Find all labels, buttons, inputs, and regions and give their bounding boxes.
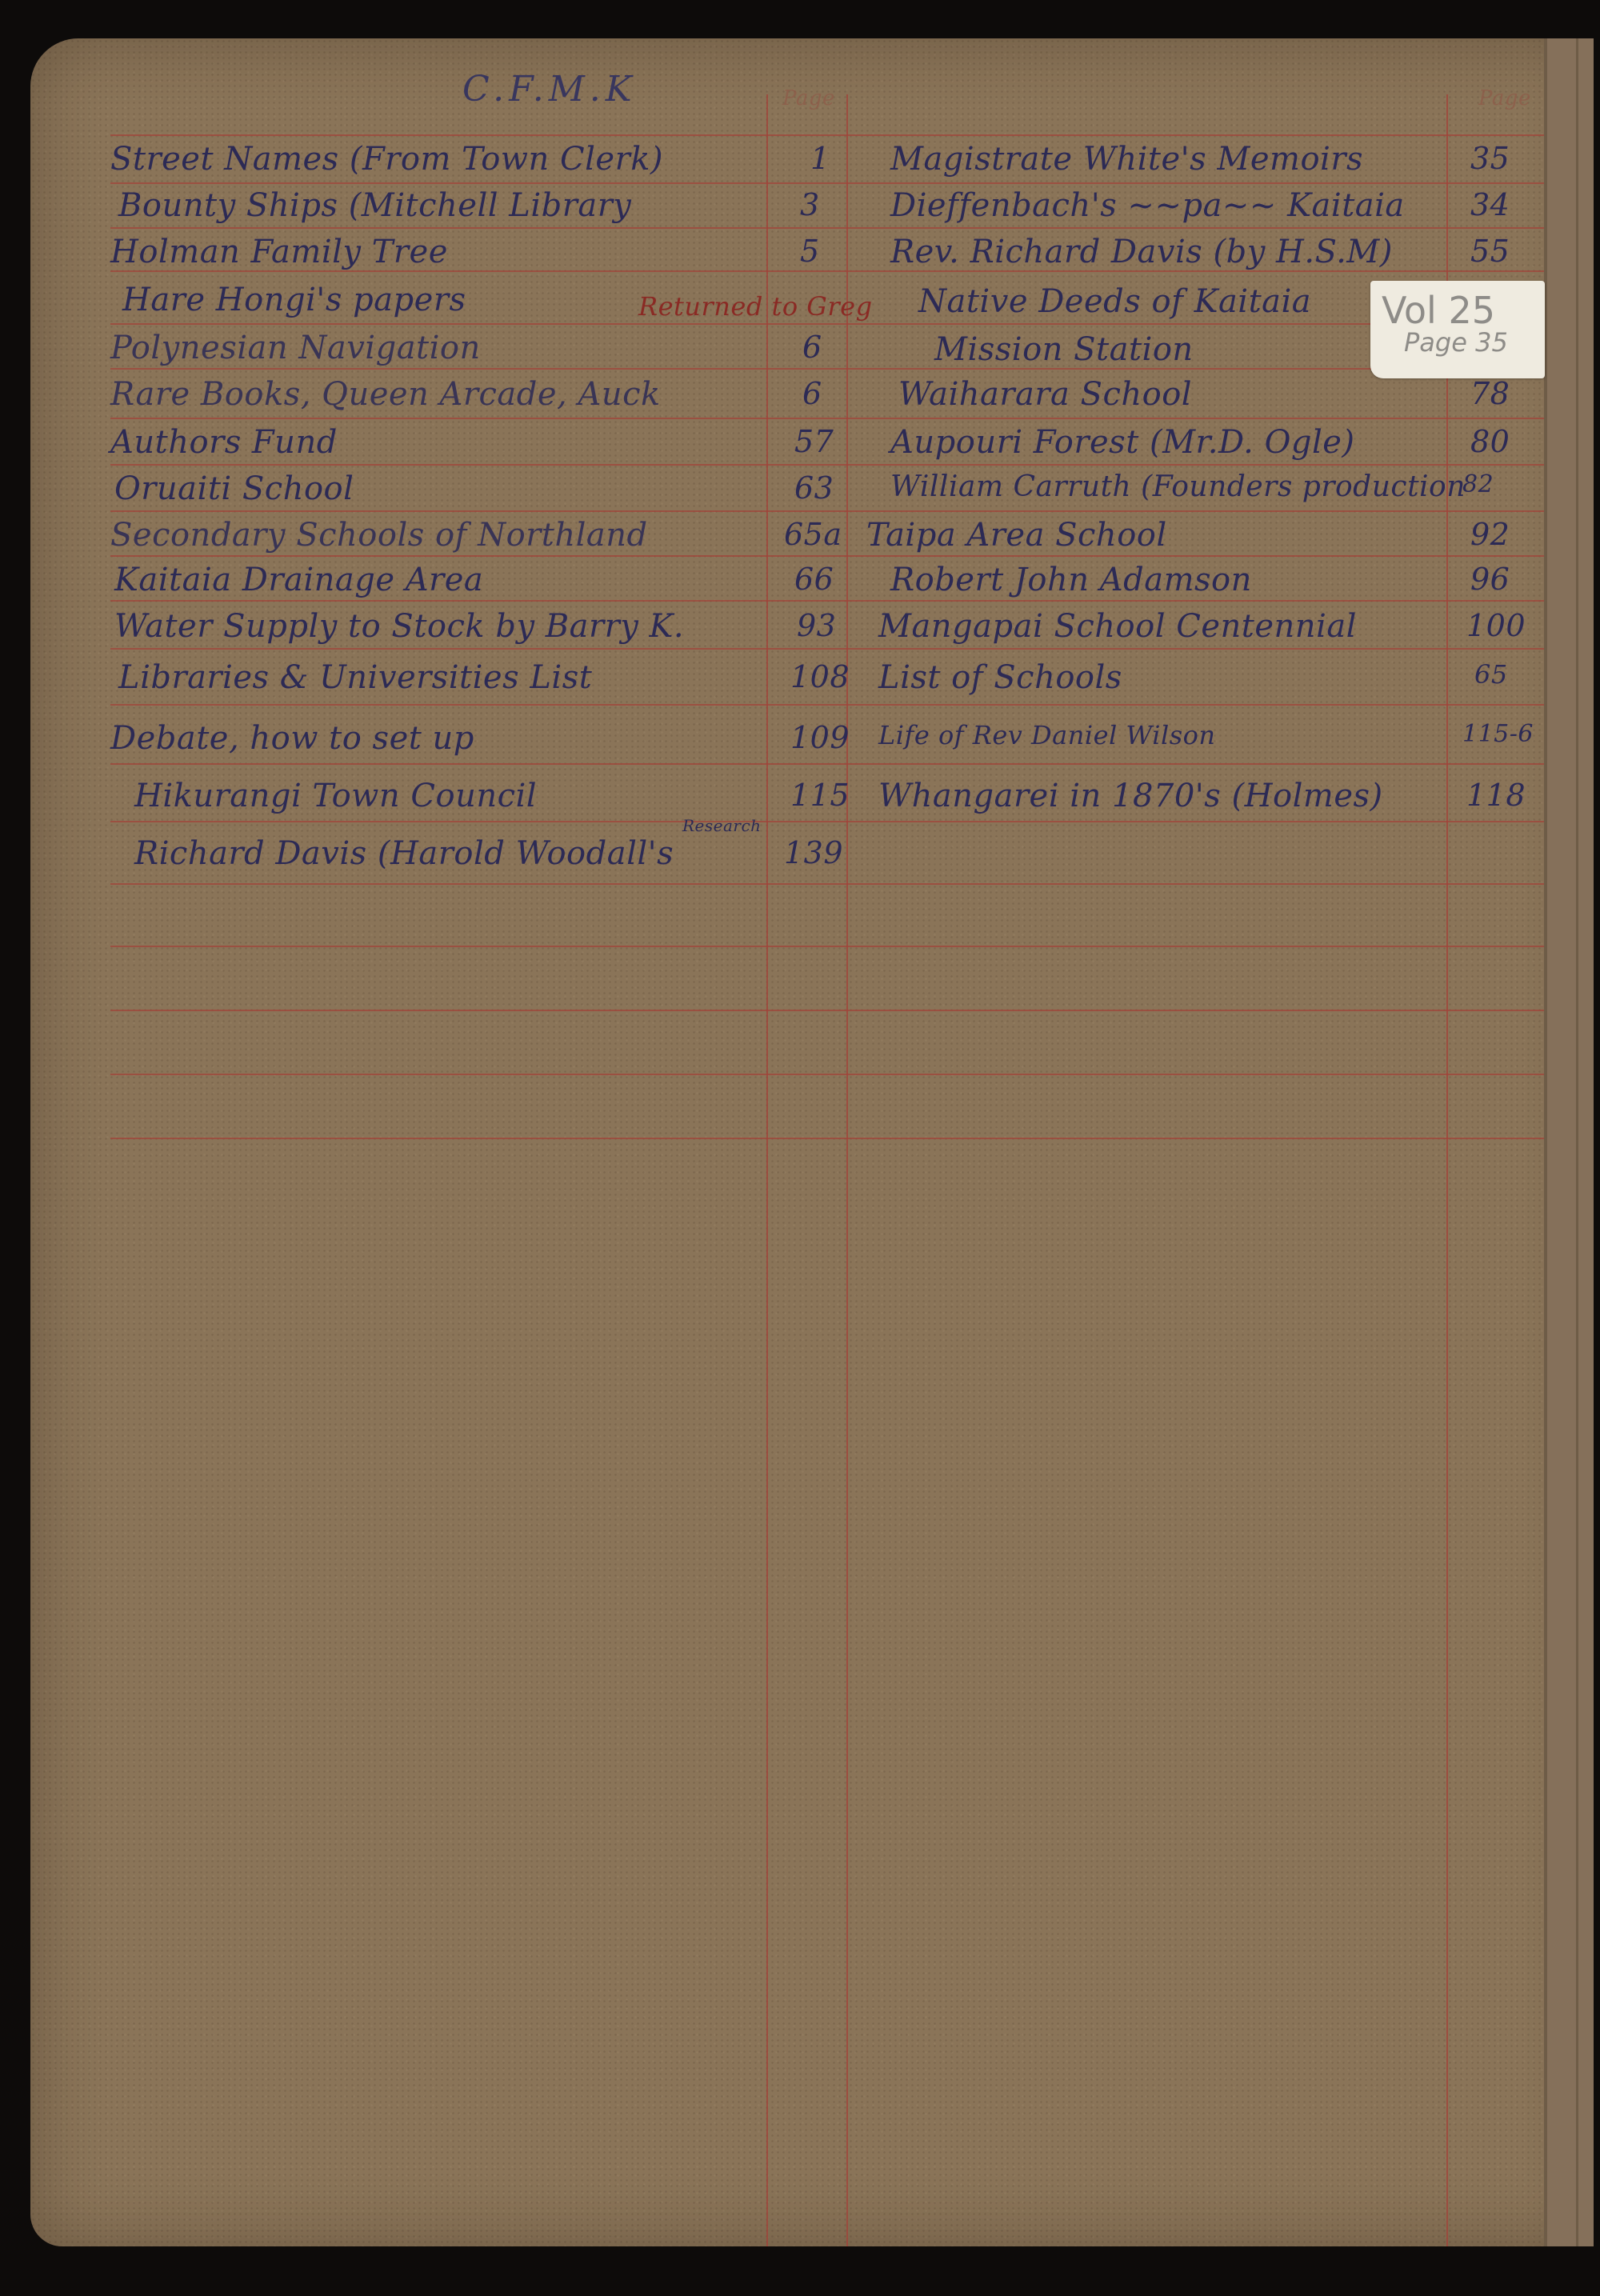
left-page-column-label: Page bbox=[782, 86, 835, 110]
left-entry-page: 6 bbox=[802, 330, 822, 365]
right-entry-title: Mission Station bbox=[934, 331, 1194, 368]
column-rule bbox=[766, 94, 768, 2246]
left-entry-page: 57 bbox=[794, 424, 834, 459]
right-entry-title: Mangapai School Centennial bbox=[878, 608, 1357, 645]
right-entry-page: 92 bbox=[1470, 517, 1510, 552]
ruled-line bbox=[110, 883, 1544, 885]
right-entry-page: 78 bbox=[1470, 376, 1510, 411]
left-entry-page: 63 bbox=[794, 470, 834, 506]
ruled-line bbox=[110, 418, 1544, 419]
ruled-line bbox=[110, 648, 1544, 650]
right-entry-title: Magistrate White's Memoirs bbox=[890, 141, 1363, 178]
left-entry-title: Kaitaia Drainage Area bbox=[114, 562, 483, 598]
right-entry-title: Whangarei in 1870's (Holmes) bbox=[878, 778, 1383, 814]
ruled-line bbox=[110, 1074, 1544, 1075]
left-entry-title: Hikurangi Town Council bbox=[134, 778, 537, 814]
notebook-spine bbox=[1544, 38, 1594, 2246]
ruled-line bbox=[110, 763, 1544, 765]
right-entry-page: 35 bbox=[1470, 141, 1510, 176]
left-entry-title: Bounty Ships (Mitchell Library bbox=[118, 187, 631, 224]
left-entry-page: 5 bbox=[800, 234, 820, 269]
ruled-line bbox=[110, 1010, 1544, 1011]
ruled-line bbox=[110, 270, 1544, 272]
left-entry-page: 65a bbox=[784, 517, 842, 552]
left-entry-title: Richard Davis (Harold Woodall's bbox=[134, 835, 674, 872]
left-entry-page: 93 bbox=[797, 608, 836, 643]
right-entry-page: 100 bbox=[1466, 608, 1526, 643]
right-entry-page: 115-6 bbox=[1462, 720, 1534, 748]
ruled-line bbox=[110, 1138, 1544, 1139]
notebook-page: C.F.M.K Page Page Street Names (From Tow… bbox=[30, 38, 1590, 2246]
label-volume: Vol 25 bbox=[1382, 289, 1495, 332]
ruled-line bbox=[110, 182, 1544, 184]
returned-note: Returned to Greg bbox=[638, 291, 873, 322]
page-title: C.F.M.K bbox=[462, 69, 637, 110]
ruled-line bbox=[110, 323, 1544, 325]
ruled-line bbox=[110, 510, 1544, 512]
left-entry-title: Water Supply to Stock by Barry K. bbox=[114, 608, 684, 645]
right-entry-title: Life of Rev Daniel Wilson bbox=[878, 720, 1216, 750]
right-entry-page: 82 bbox=[1462, 470, 1494, 498]
right-entry-page: 96 bbox=[1470, 562, 1510, 597]
left-entry-page: 108 bbox=[790, 659, 850, 694]
right-entry-title: Dieffenbach's ~~pa~~ Kaitaia bbox=[890, 187, 1405, 224]
research-superscript: Research bbox=[682, 816, 762, 835]
left-entry-title: Holman Family Tree bbox=[110, 234, 448, 270]
left-entry-title: Authors Fund bbox=[110, 424, 338, 461]
left-entry-page: 139 bbox=[784, 835, 843, 870]
ruled-line bbox=[110, 704, 1544, 706]
ruled-line bbox=[110, 555, 1544, 557]
left-entry-title: Secondary Schools of Northland bbox=[110, 517, 648, 554]
ruled-line bbox=[110, 368, 1544, 370]
left-entry-title: Libraries & Universities List bbox=[118, 659, 592, 696]
left-entry-title: Hare Hongi's papers bbox=[122, 282, 466, 318]
right-entry-title: Native Deeds of Kaitaia bbox=[918, 283, 1311, 320]
column-rule bbox=[846, 94, 848, 2246]
left-entry-page: 109 bbox=[790, 720, 850, 755]
right-entry-page: 80 bbox=[1470, 424, 1510, 459]
left-entry-page: 66 bbox=[794, 562, 834, 597]
ruled-line bbox=[110, 946, 1544, 947]
left-entry-title: Oruaiti School bbox=[114, 470, 354, 507]
ruled-line bbox=[110, 600, 1544, 602]
left-entry-title: Polynesian Navigation bbox=[110, 330, 481, 366]
left-entry-page: 1 bbox=[810, 141, 830, 176]
left-entry-title: Debate, how to set up bbox=[110, 720, 474, 757]
right-entry-title: Taipa Area School bbox=[866, 517, 1167, 554]
right-entry-title: Rev. Richard Davis (by H.S.M) bbox=[890, 234, 1393, 270]
right-entry-page: 118 bbox=[1466, 778, 1526, 813]
right-entry-page: 65 bbox=[1474, 659, 1508, 690]
left-entry-page: 3 bbox=[800, 187, 820, 222]
ruled-line bbox=[110, 134, 1544, 136]
right-entry-title: Aupouri Forest (Mr.D. Ogle) bbox=[890, 424, 1355, 461]
left-entry-title: Street Names (From Town Clerk) bbox=[110, 141, 663, 178]
left-entry-page: 115 bbox=[790, 778, 850, 813]
right-entry-page: 55 bbox=[1470, 234, 1510, 269]
column-rule bbox=[1446, 94, 1448, 2246]
left-entry-page: 6 bbox=[802, 376, 822, 411]
right-entry-page: 34 bbox=[1470, 187, 1510, 222]
right-entry-title: Waiharara School bbox=[898, 376, 1192, 413]
right-entry-title: List of Schools bbox=[878, 659, 1122, 696]
ruled-line bbox=[110, 227, 1544, 229]
right-entry-title: Robert John Adamson bbox=[890, 562, 1252, 598]
left-entry-title: Rare Books, Queen Arcade, Auck bbox=[110, 376, 661, 413]
ruled-line bbox=[110, 464, 1544, 466]
right-entry-title: William Carruth (Founders production bbox=[890, 470, 1466, 503]
label-page: Page 35 bbox=[1404, 327, 1508, 358]
right-page-column-label: Page bbox=[1478, 86, 1531, 110]
ruled-line bbox=[110, 821, 1544, 822]
volume-label-slip: Vol 25 Page 35 bbox=[1370, 281, 1545, 378]
